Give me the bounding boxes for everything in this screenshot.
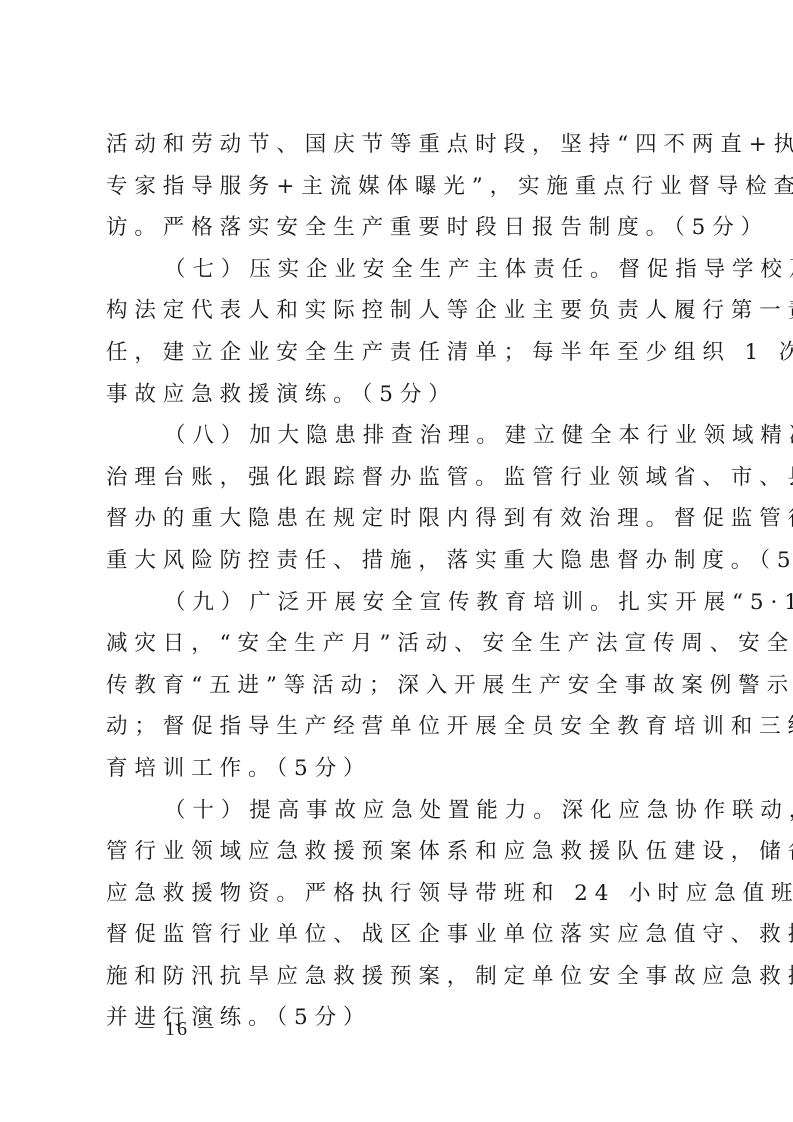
section-heading-8: （八）加大隐患排查治理。建立健全本行业领域精准的隐患 bbox=[106, 415, 716, 457]
text-line: 访。严格落实安全生产重要时段日报告制度。（5分） bbox=[106, 207, 716, 249]
text-line: 动；督促指导生产经营单位开展全员安全教育培训和三级安全教 bbox=[106, 706, 716, 748]
text-line: 任，建立企业安全生产责任清单；每半年至少组织 1 次生产安全 bbox=[106, 332, 716, 374]
text-line: 重大风险防控责任、措施，落实重大隐患督办制度。（5分） bbox=[106, 540, 716, 582]
text-line: 减灾日，“安全生产月”活动、安全生产法宣传周、安全生产宣 bbox=[106, 623, 716, 665]
text-line: 构法定代表人和实际控制人等企业主要负责人履行第一责任人责 bbox=[106, 290, 716, 332]
section-heading-10: （十）提高事故应急处置能力。深化应急协作联动，指导监 bbox=[106, 790, 716, 832]
page-number: － 16 － bbox=[136, 1012, 218, 1041]
text-line: 活动和劳动节、国庆节等重点时段，坚持“四不两直+执法检查+ bbox=[106, 124, 716, 166]
text-line: 治理台账，强化跟踪督办监管。监管行业领域省、市、县级挂牌 bbox=[106, 457, 716, 499]
text-line: 应急救援物资。严格执行领导带班和 24 小时应急值班值守制度， bbox=[106, 873, 716, 915]
text-line: 管行业领域应急救援预案体系和应急救援队伍建设，储备必需的 bbox=[106, 831, 716, 873]
page-body: 活动和劳动节、国庆节等重点时段，坚持“四不两直+执法检查+ 专家指导服务+主流媒… bbox=[106, 124, 716, 1039]
text-line: 施和防汛抗旱应急救援预案，制定单位安全事故应急救援预案， bbox=[106, 956, 716, 998]
section-heading-7: （七）压实企业安全生产主体责任。督促指导学校及教育机 bbox=[106, 249, 716, 291]
document-page: 活动和劳动节、国庆节等重点时段，坚持“四不两直+执法检查+ 专家指导服务+主流媒… bbox=[0, 0, 793, 1122]
text-line: 专家指导服务+主流媒体曝光”，实施重点行业督导检查和暗查暗 bbox=[106, 166, 716, 208]
text-line: 传教育“五进”等活动；深入开展生产安全事故案例警示教育活 bbox=[106, 665, 716, 707]
text-line: 育培训工作。（5分） bbox=[106, 748, 716, 790]
text-line: 事故应急救援演练。（5分） bbox=[106, 374, 716, 416]
section-heading-9: （九）广泛开展安全宣传教育培训。扎实开展“5·12”防灾 bbox=[106, 582, 716, 624]
text-line: 督办的重大隐患在规定时限内得到有效治理。督促监管行业落实 bbox=[106, 498, 716, 540]
text-line: 督促监管行业单位、战区企事业单位落实应急值守、救援响应措 bbox=[106, 914, 716, 956]
